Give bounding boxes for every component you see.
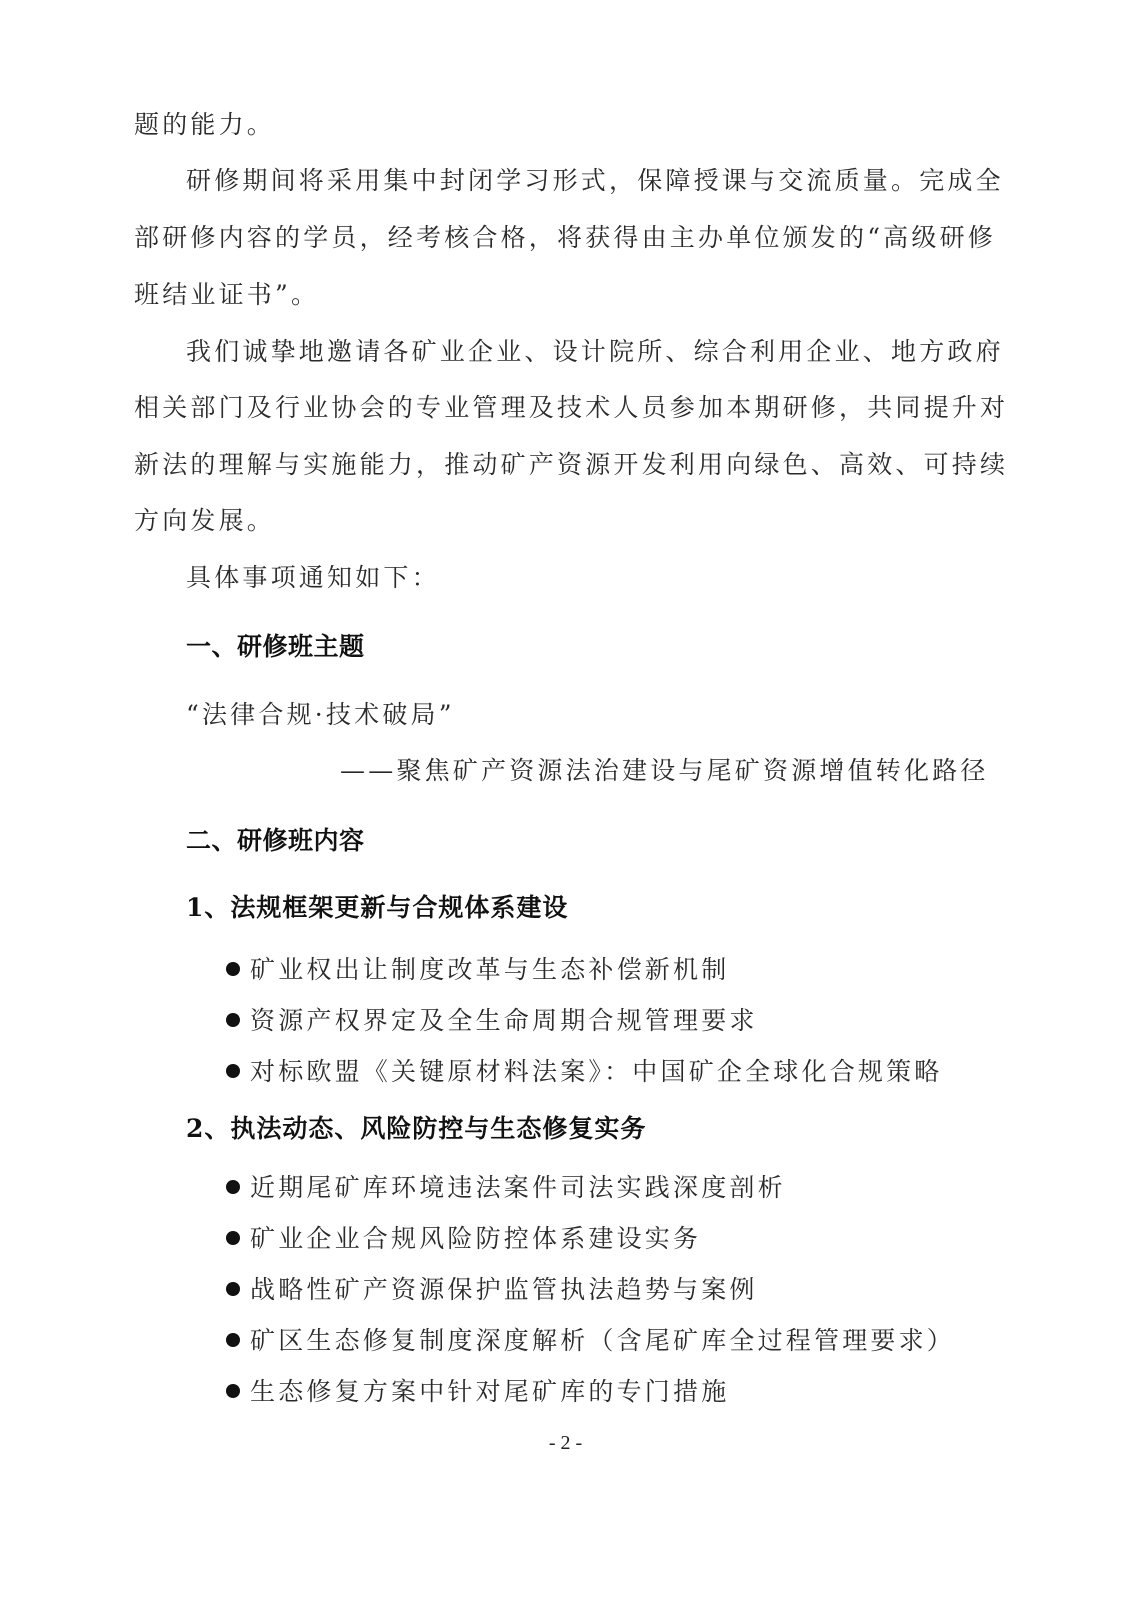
list-item: 生态修复方案中针对尾矿库的专门措施 <box>226 1377 729 1407</box>
paragraph-line: 部研修内容的学员，经考核合格，将获得由主办单位颁发的“高级研修 <box>134 223 996 253</box>
list-item: 资源产权界定及全生命周期合规管理要求 <box>226 1006 758 1036</box>
list-item: 近期尾矿库环境违法案件司法实践深度剖析 <box>226 1173 786 1203</box>
list-item: 战略性矿产资源保护监管执法趋势与案例 <box>226 1275 758 1305</box>
section-heading-theme: 一、研修班主题 <box>186 632 365 662</box>
subsection-title: 1、法规框架更新与合规体系建设 <box>186 893 568 923</box>
section-heading-content: 二、研修班内容 <box>186 826 365 856</box>
bullet-icon <box>226 1333 240 1347</box>
list-item: 矿区生态修复制度深度解析（含尾矿库全过程管理要求） <box>226 1326 955 1356</box>
list-item: 矿业权出让制度改革与生态补偿新机制 <box>226 955 729 985</box>
bullet-icon <box>226 1180 240 1194</box>
subsection-title: 2、执法动态、风险防控与生态修复实务 <box>186 1114 646 1144</box>
bullet-icon <box>226 1384 240 1398</box>
paragraph-line: 班结业证书”。 <box>134 280 319 310</box>
list-item: 对标欧盟《关键原材料法案》：中国矿企全球化合规策略 <box>226 1057 943 1087</box>
bullet-icon <box>226 1282 240 1296</box>
bullet-icon <box>226 1064 240 1078</box>
page-number: - 2 - <box>0 1432 1131 1455</box>
paragraph-line: 研修期间将采用集中封闭学习形式，保障授课与交流质量。完成全 <box>186 166 1004 196</box>
list-item: 矿业企业合规风险防控体系建设实务 <box>226 1224 701 1254</box>
bullet-icon <box>226 962 240 976</box>
paragraph-line: 新法的理解与实施能力，推动矿产资源开发利用向绿色、高效、可持续 <box>134 450 1008 480</box>
bullet-icon <box>226 1013 240 1027</box>
paragraph-line: 相关部门及行业协会的专业管理及技术人员参加本期研修，共同提升对 <box>134 393 1008 423</box>
paragraph-line: 题的能力。 <box>134 110 275 140</box>
paragraph-line: 具体事项通知如下： <box>186 563 440 593</box>
paragraph-line: 方向发展。 <box>134 506 275 536</box>
theme-subtitle: ——聚焦矿产资源法治建设与尾矿资源增值转化路径 <box>340 756 989 786</box>
document-page: 题的能力。 研修期间将采用集中封闭学习形式，保障授课与交流质量。完成全 部研修内… <box>0 0 1131 1600</box>
theme-title: “法律合规·技术破局” <box>186 700 455 730</box>
bullet-icon <box>226 1231 240 1245</box>
paragraph-line: 我们诚挚地邀请各矿业企业、设计院所、综合利用企业、地方政府 <box>186 337 1004 367</box>
